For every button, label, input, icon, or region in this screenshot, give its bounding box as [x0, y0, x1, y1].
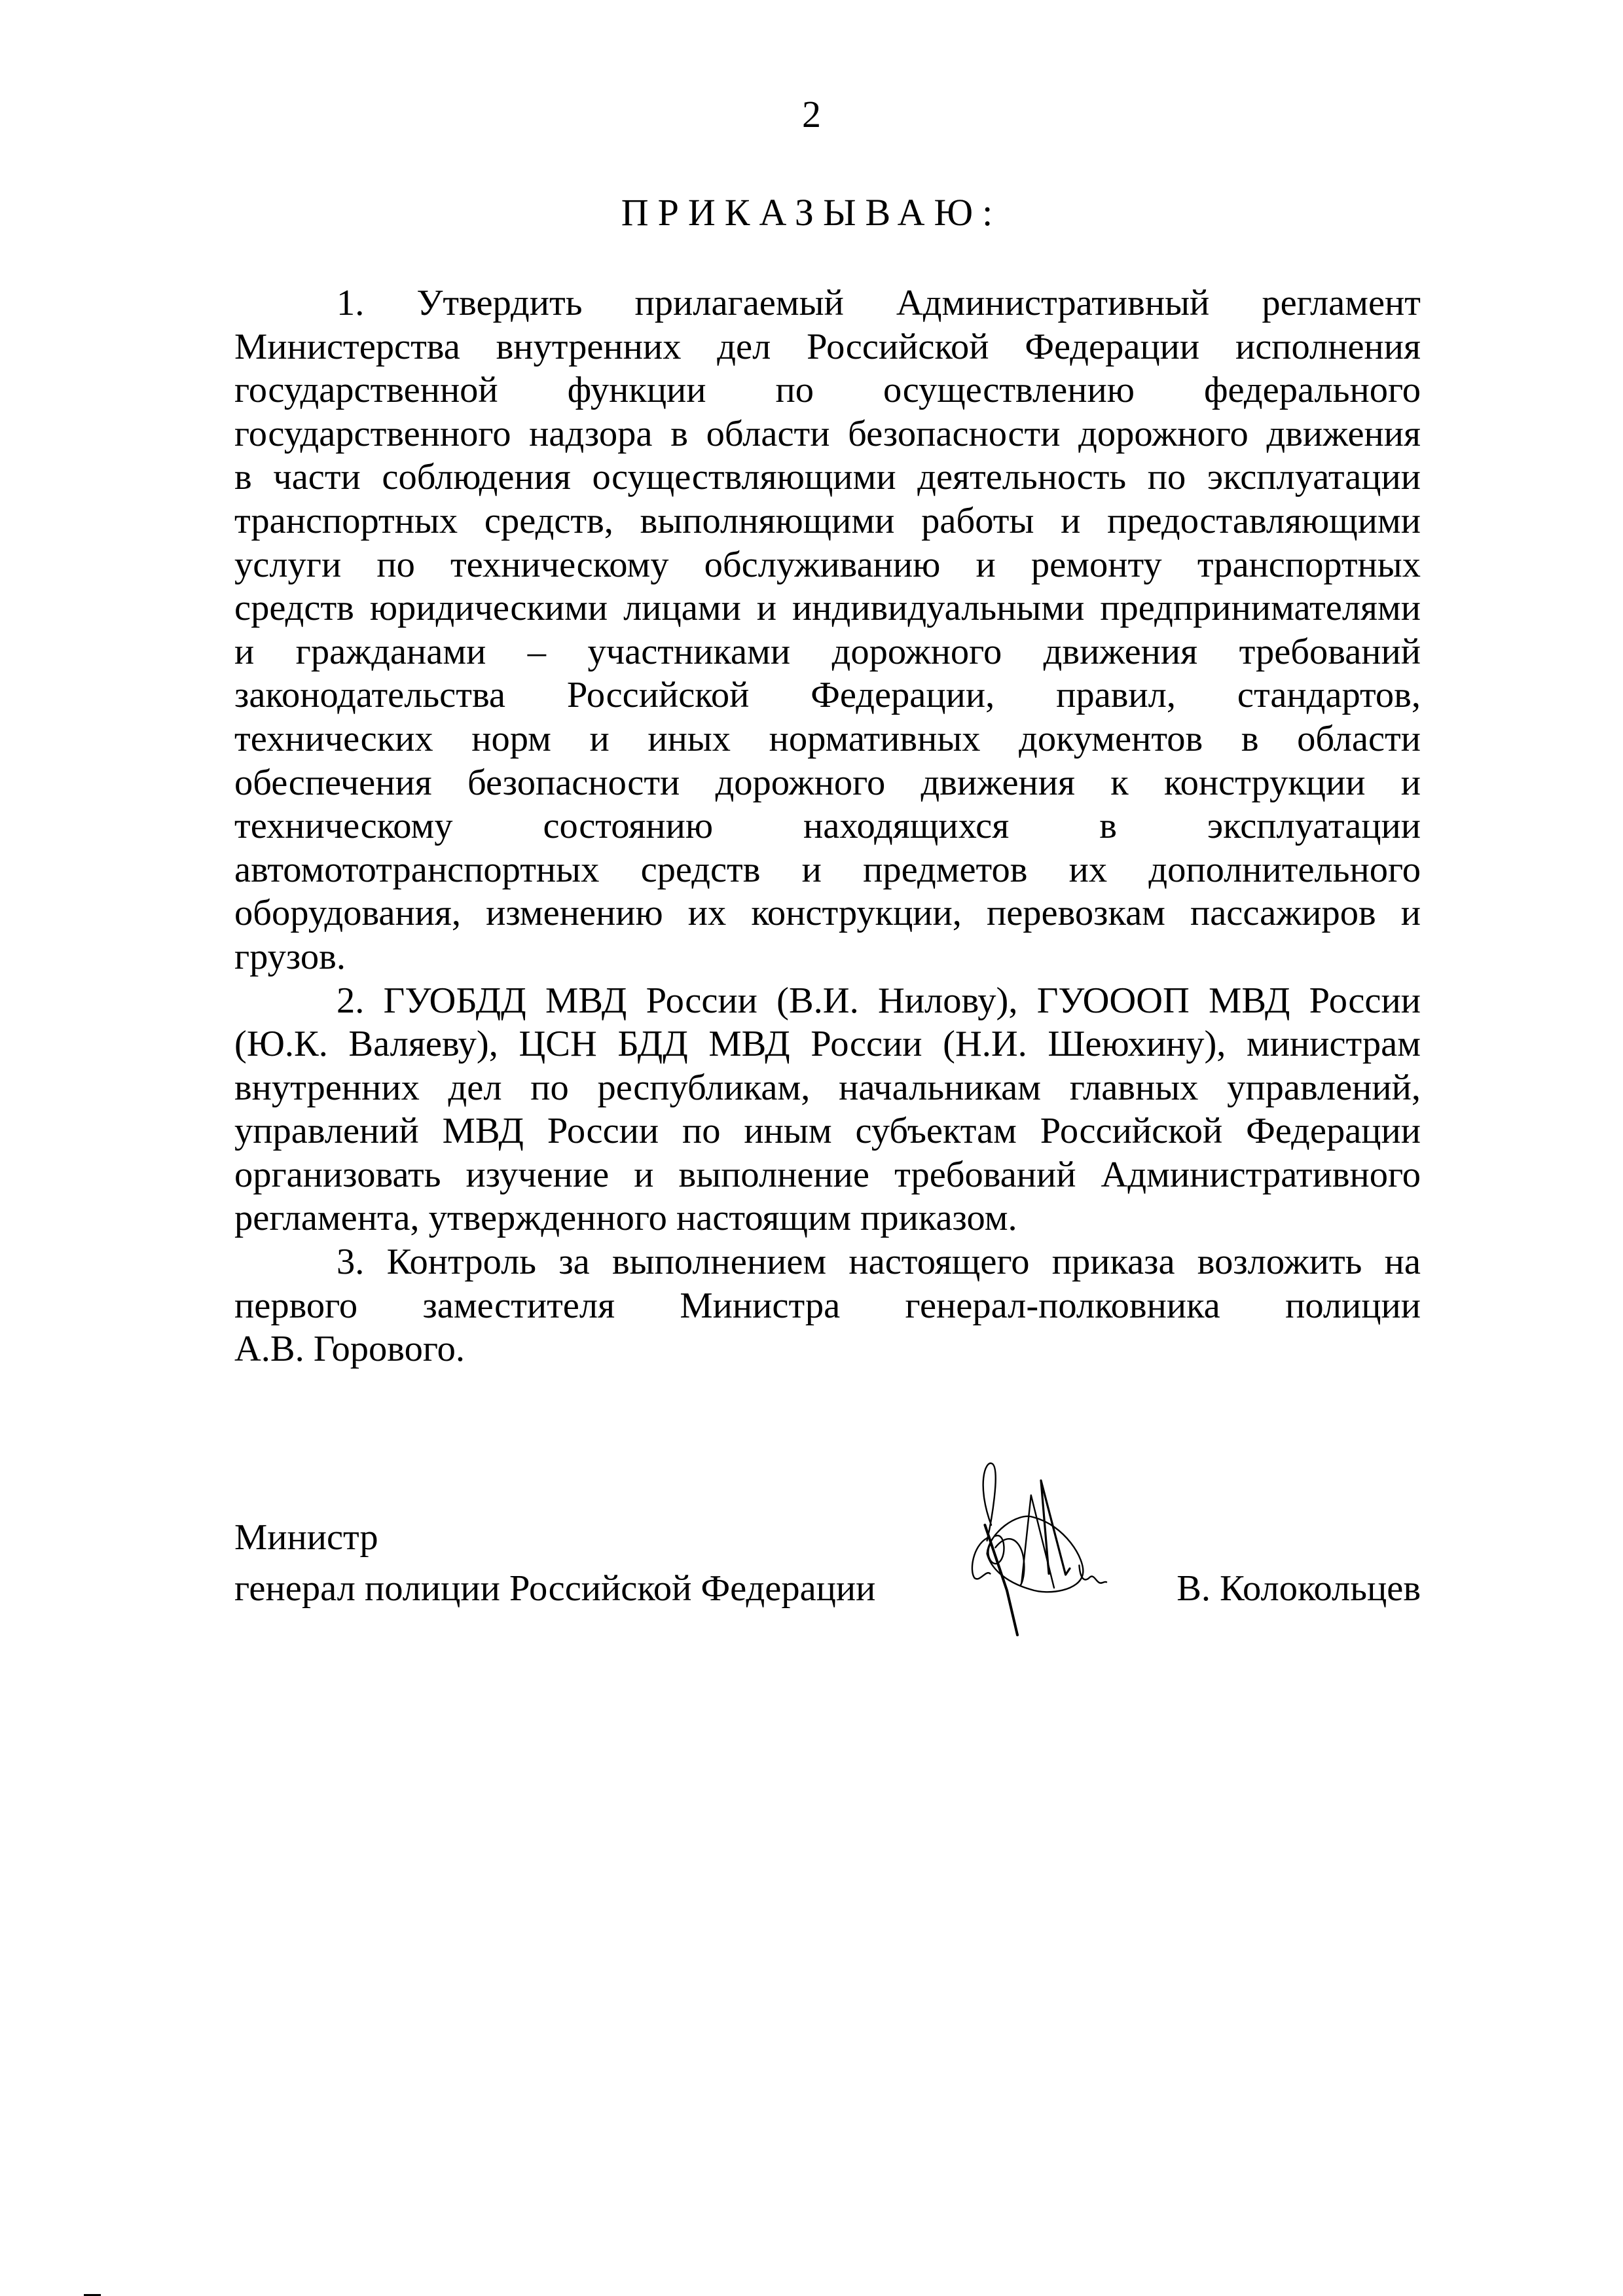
text-line: обеспечения безопасности дорожного движе… — [234, 761, 1421, 805]
text-line: государственного надзора в области безоп… — [234, 412, 1421, 456]
text-line: первого заместителя Министра генерал-пол… — [234, 1284, 1421, 1328]
text-line: транспортных средств, выполняющими работ… — [234, 499, 1421, 543]
text-line: технических норм и иных нормативных доку… — [234, 717, 1421, 761]
signatory-name: В. Колокольцев — [1176, 1563, 1421, 1614]
text-line: организовать изучение и выполнение требо… — [234, 1153, 1421, 1197]
paragraph-3: 3. Контроль за выполнением настоящего пр… — [234, 1240, 1421, 1371]
text-line: в части соблюдения осуществляющими деяте… — [234, 456, 1421, 499]
text-line: внутренних дел по республикам, начальник… — [234, 1066, 1421, 1110]
text-line: 3. Контроль за выполнением настоящего пр… — [234, 1240, 1421, 1284]
order-heading: ПРИКАЗЫВАЮ: — [0, 190, 1623, 236]
handwritten-signature-icon — [928, 1433, 1138, 1643]
paragraph-1: 1. Утвердить прилагаемый Административны… — [234, 281, 1421, 979]
text-line: управлений МВД России по иным субъектам … — [234, 1109, 1421, 1153]
page-number: 2 — [0, 92, 1623, 137]
text-line: оборудования, изменению их конструкции, … — [234, 891, 1421, 935]
text-line: (Ю.К. Валяеву), ЦСН БДД МВД России (Н.И.… — [234, 1022, 1421, 1066]
text-line: законодательства Российской Федерации, п… — [234, 673, 1421, 717]
document-body: 1. Утвердить прилагаемый Административны… — [234, 281, 1421, 1371]
signatory-position: Министр — [234, 1512, 378, 1563]
text-line: 1. Утвердить прилагаемый Административны… — [234, 281, 1421, 325]
text-line: грузов. — [234, 935, 1421, 979]
text-line: регламента, утвержденного настоящим прик… — [234, 1196, 1421, 1240]
text-line: автомототранспортных средств и предметов… — [234, 848, 1421, 892]
text-line: техническому состоянию находящихся в экс… — [234, 804, 1421, 848]
signature-block: Министр генерал полиции Российской Федер… — [234, 1499, 1421, 1682]
text-line: государственной функции по осуществлению… — [234, 368, 1421, 412]
text-line: средств юридическими лицами и индивидуал… — [234, 586, 1421, 630]
signatory-rank: генерал полиции Российской Федерации — [234, 1563, 875, 1614]
paragraph-2: 2. ГУОБДД МВД России (В.И. Нилову), ГУОО… — [234, 979, 1421, 1241]
text-line: А.В. Горового. — [234, 1327, 1421, 1371]
text-line: и гражданами – участниками дорожного дви… — [234, 630, 1421, 674]
text-line: Министерства внутренних дел Российской Ф… — [234, 325, 1421, 369]
text-line: 2. ГУОБДД МВД России (В.И. Нилову), ГУОО… — [234, 979, 1421, 1023]
text-line: услуги по техническому обслуживанию и ре… — [234, 543, 1421, 587]
